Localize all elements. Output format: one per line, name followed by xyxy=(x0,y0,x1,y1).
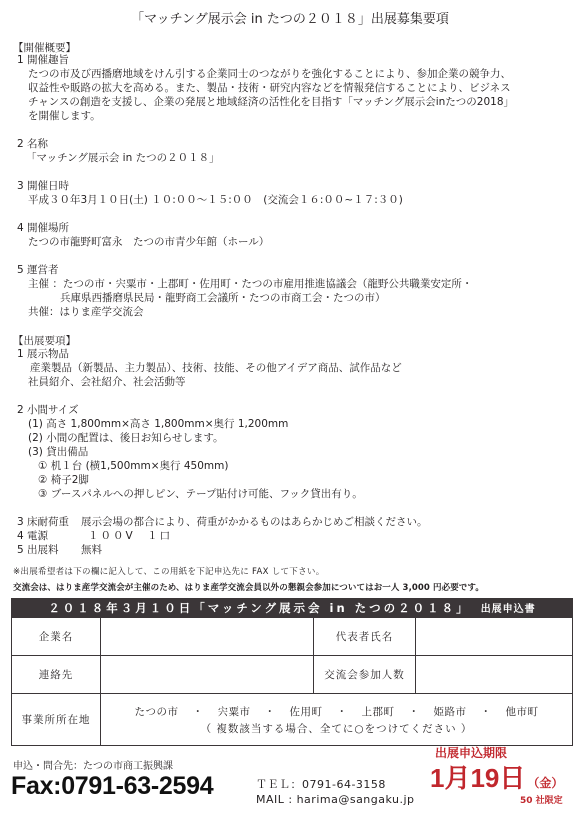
requirements-item-5-label: 5 出展料 xyxy=(17,543,59,557)
application-form: ２０１８年３月１０日「マッチング展示会 in たつの２０１８」出展申込書 企業名… xyxy=(11,598,573,746)
separator: ・ xyxy=(337,704,348,719)
contact-label: 連絡先 xyxy=(12,656,100,693)
location-option[interactable]: たつの市 xyxy=(135,704,179,719)
organizer-line: 兵庫県西播磨県民局・龍野商工会議所・たつの市商工会・たつの市） xyxy=(60,291,386,305)
separator: ・ xyxy=(481,704,492,719)
separator: ・ xyxy=(265,704,276,719)
form-header-title: ２０１８年３月１０日「マッチング展示会 in たつの２０１８」 xyxy=(48,601,470,615)
separator: ・ xyxy=(409,704,420,719)
rental-item: ① 机１台 (横1,500mm×奥行 450mm) xyxy=(38,459,228,473)
attendees-field[interactable] xyxy=(415,656,572,693)
location-note: （ 複数該当する場合、全てに○をつけてください ） xyxy=(201,721,473,736)
overview-item-1-label: 1 開催趣旨 xyxy=(17,53,69,67)
company-name-field[interactable] xyxy=(100,618,313,655)
location-option[interactable]: 佐用町 xyxy=(290,704,323,719)
deadline-limit: 50 社限定 xyxy=(520,793,563,806)
overview-item-4-label: 4 開催場所 xyxy=(17,221,69,235)
location-options: たつの市 ・ 宍粟市 ・ 佐用町 ・ 上郡町 ・ 姫路市 ・ 他市町 xyxy=(135,704,539,719)
exhibit-items-line: 社員紹介、会社紹介、社会活動等 xyxy=(28,375,186,389)
deadline-date: 1月19日（金） xyxy=(430,758,563,795)
location-option[interactable]: 上郡町 xyxy=(362,704,395,719)
floor-load-value: 展示会場の都合により、荷重がかかるものはあらかじめご相談ください。 xyxy=(81,515,428,529)
company-name-label: 企業名 xyxy=(12,618,100,655)
booth-size-line: (3) 貸出備品 xyxy=(28,445,88,459)
location-option[interactable]: 姫路市 xyxy=(434,704,467,719)
exhibit-items-line: 産業製品（新製品、主力製品）、技術、技能、その他アイデア商品、試作品など xyxy=(30,361,402,375)
requirements-item-1-label: 1 展示物品 xyxy=(17,347,69,361)
form-header: ２０１８年３月１０日「マッチング展示会 in たつの２０１８」出展申込書 xyxy=(12,599,572,617)
power-value: １００V １口 xyxy=(88,529,172,543)
overview-item-3-label: 3 開催日時 xyxy=(17,179,69,193)
deadline-date-value: 1月19日 xyxy=(430,763,525,793)
form-header-suffix: 出展申込書 xyxy=(481,604,536,615)
form-row: 連絡先 交流会参加人数 xyxy=(12,655,572,693)
location-field[interactable]: たつの市 ・ 宍粟市 ・ 佐用町 ・ 上郡町 ・ 姫路市 ・ 他市町 （ 複数該… xyxy=(100,694,572,745)
separator: ・ xyxy=(193,704,204,719)
location-option[interactable]: 宍粟市 xyxy=(218,704,251,719)
rental-item: ③ ブースパネルへの押しピン、テープ貼付け可能、フック貸出有り。 xyxy=(38,487,363,501)
representative-label: 代表者氏名 xyxy=(313,618,415,655)
fee-value: 無料 xyxy=(81,543,102,557)
contact-field[interactable] xyxy=(100,656,313,693)
booth-size-line: (2) 小間の配置は、後日お知らせします。 xyxy=(28,431,224,445)
overview-item-5-label: 5 運営者 xyxy=(17,263,59,277)
social-fee-note: 交流会は、はりま産学交流会が主催のため、はりま産学交流会員以外の懇親会参加につい… xyxy=(13,581,484,593)
requirements-heading: 【出展要項】 xyxy=(13,333,76,348)
co-organizer: 共催：はりま産学交流会 xyxy=(28,305,144,319)
representative-field[interactable] xyxy=(415,618,572,655)
overview-purpose-line: 収益性や販路の拡大を高める。また、製品・技術・研究内容などを情報発信することによ… xyxy=(28,81,511,95)
email-address[interactable]: MAIL : harima@sangaku.jp xyxy=(256,792,415,807)
contact-details: ＴＥＬ：0791-64-3158 MAIL : harima@sangaku.j… xyxy=(256,777,415,807)
rental-item: ② 椅子2脚 xyxy=(38,473,89,487)
overview-purpose-line: チャンスの創造を支援し、企業の発展と地域経済の活性化を目指す「マッチング展示会i… xyxy=(28,95,514,109)
event-datetime: 平成３０年3月１０日(土) １０:００～１５:００ (交流会１６:００~１７:３… xyxy=(28,193,403,207)
fax-instruction-note: ※出展希望者は下の欄に記入して、この用紙を下記申込先に FAX して下さい。 xyxy=(13,565,325,577)
overview-item-2-label: 2 名称 xyxy=(17,137,48,151)
contact-department: 申込・問合先：たつの市商工振興課 xyxy=(13,757,173,772)
requirements-item-2-label: 2 小間サイズ xyxy=(17,403,79,417)
requirements-item-3-label: 3 床耐荷重 xyxy=(17,515,69,529)
tel-number: ＴＥＬ：0791-64-3158 xyxy=(256,777,415,792)
overview-purpose-line: を開催します。 xyxy=(28,109,101,123)
requirements-item-4-label: 4 電源 xyxy=(17,529,48,543)
attendees-label: 交流会参加人数 xyxy=(313,656,415,693)
form-row: 事業所所在地 たつの市 ・ 宍粟市 ・ 佐用町 ・ 上郡町 ・ 姫路市 ・ 他市… xyxy=(12,693,572,745)
location-option[interactable]: 他市町 xyxy=(506,704,539,719)
form-row: 企業名 代表者氏名 xyxy=(12,617,572,655)
overview-purpose-line: たつの市及び西播磨地域をけん引する企業同士のつながりを強化することにより、参加企… xyxy=(28,67,511,81)
deadline-day: （金） xyxy=(527,776,563,790)
fax-number: Fax:0791-63-2594 xyxy=(11,772,213,801)
page-title: 「マッチング展示会 in たつの２０１８」出展募集要項 xyxy=(0,8,580,27)
booth-size-line: (1) 高さ 1,800mm×高さ 1,800mm×奥行 1,200mm xyxy=(28,417,288,431)
event-name: 「マッチング展示会 in たつの２０１８」 xyxy=(26,151,220,165)
location-label: 事業所所在地 xyxy=(12,694,100,745)
organizer-line: 主催 ：たつの市・宍粟市・上郡町・佐用町・たつの市雇用推進協議会（龍野公共職業安… xyxy=(28,277,472,291)
event-venue: たつの市龍野町富永 たつの市青少年館（ホール） xyxy=(28,235,269,249)
